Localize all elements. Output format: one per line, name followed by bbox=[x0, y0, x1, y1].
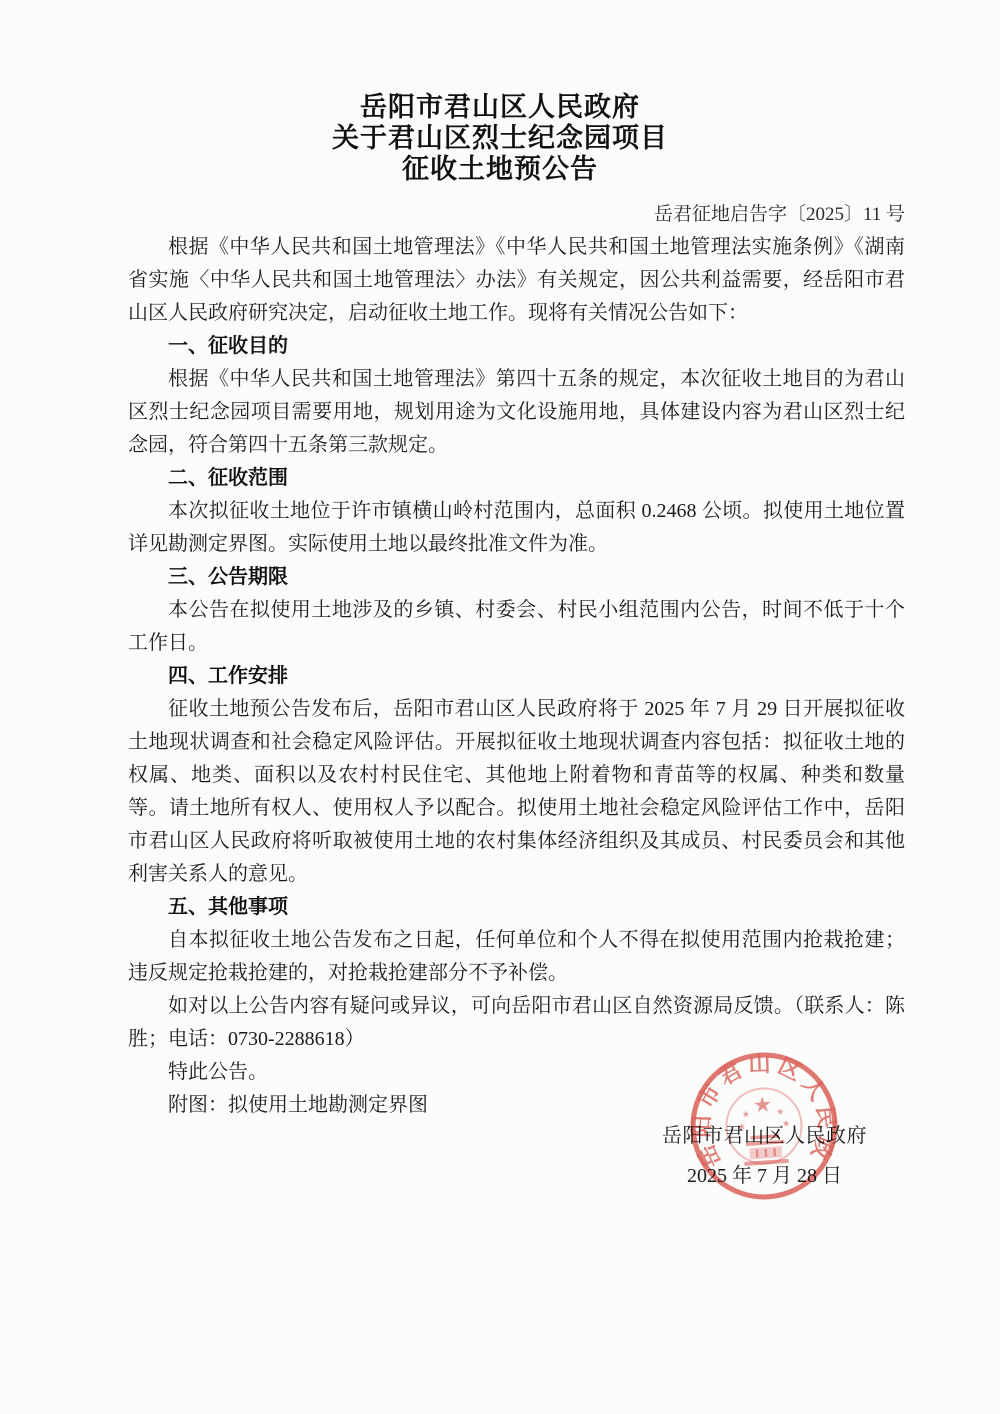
signature-block: 岳阳市君山区人民政府 2025 年 7 月 28 日 bbox=[662, 1121, 867, 1191]
doc-number: 岳君征地启告字〔2025〕11 号 bbox=[654, 199, 905, 226]
section-paragraph: 特此公告。 bbox=[128, 1056, 905, 1089]
section-paragraph: 本次拟征收土地位于许市镇横山岭村范围内，总面积 0.2468 公顷。拟使用土地位… bbox=[128, 495, 905, 561]
notice-title-line-2: 关于君山区烈士纪念园项目 bbox=[0, 123, 1000, 154]
section-schedule: 四、工作安排 征收土地预公告发布后，岳阳市君山区人民政府将于 2025 年 7 … bbox=[128, 660, 905, 891]
notice-document-page: 岳阳市君山区人民政府 关于君山区烈士纪念园项目 征收土地预公告 岳君征地启告字〔… bbox=[0, 0, 1000, 1414]
section-heading: 三、公告期限 bbox=[128, 561, 905, 594]
notice-title-line-3: 征收土地预公告 bbox=[0, 154, 1000, 185]
section-period: 三、公告期限 本公告在拟使用土地涉及的乡镇、村委会、村民小组范围内公告，时间不低… bbox=[128, 561, 905, 660]
section-paragraph: 本公告在拟使用土地涉及的乡镇、村委会、村民小组范围内公告，时间不低于十个工作日。 bbox=[128, 594, 905, 660]
section-scope: 二、征收范围 本次拟征收土地位于许市镇横山岭村范围内，总面积 0.2468 公顷… bbox=[128, 462, 905, 561]
notice-title-line-1: 岳阳市君山区人民政府 bbox=[0, 92, 1000, 123]
notice-body: 根据《中华人民共和国土地管理法》《中华人民共和国土地管理法实施条例》《湖南省实施… bbox=[128, 231, 905, 1122]
section-other: 五、其他事项 自本拟征收土地公告发布之日起，任何单位和个人不得在拟使用范围内抢栽… bbox=[128, 891, 905, 1122]
section-paragraph: 根据《中华人民共和国土地管理法》第四十五条的规定，本次征收土地目的为君山区烈士纪… bbox=[128, 363, 905, 462]
signature-issuer: 岳阳市君山区人民政府 bbox=[662, 1121, 867, 1151]
section-heading: 四、工作安排 bbox=[128, 660, 905, 693]
section-heading: 一、征收目的 bbox=[128, 330, 905, 363]
signature-date: 2025 年 7 月 28 日 bbox=[662, 1161, 867, 1191]
section-paragraph: 征收土地预公告发布后，岳阳市君山区人民政府将于 2025 年 7 月 29 日开… bbox=[128, 693, 905, 891]
section-paragraph: 自本拟征收土地公告发布之日起，任何单位和个人不得在拟使用范围内抢栽抢建；违反规定… bbox=[128, 924, 905, 990]
section-heading: 五、其他事项 bbox=[128, 891, 905, 924]
section-paragraph: 如对以上公告内容有疑问或异议，可向岳阳市君山区自然资源局反馈。（联系人：陈胜；电… bbox=[128, 990, 905, 1056]
intro-paragraph: 根据《中华人民共和国土地管理法》《中华人民共和国土地管理法实施条例》《湖南省实施… bbox=[128, 231, 905, 330]
section-heading: 二、征收范围 bbox=[128, 462, 905, 495]
notice-title: 岳阳市君山区人民政府 关于君山区烈士纪念园项目 征收土地预公告 bbox=[0, 92, 1000, 185]
section-purpose: 一、征收目的 根据《中华人民共和国土地管理法》第四十五条的规定，本次征收土地目的… bbox=[128, 330, 905, 462]
section-paragraph: 附图：拟使用土地勘测定界图 bbox=[128, 1089, 905, 1122]
